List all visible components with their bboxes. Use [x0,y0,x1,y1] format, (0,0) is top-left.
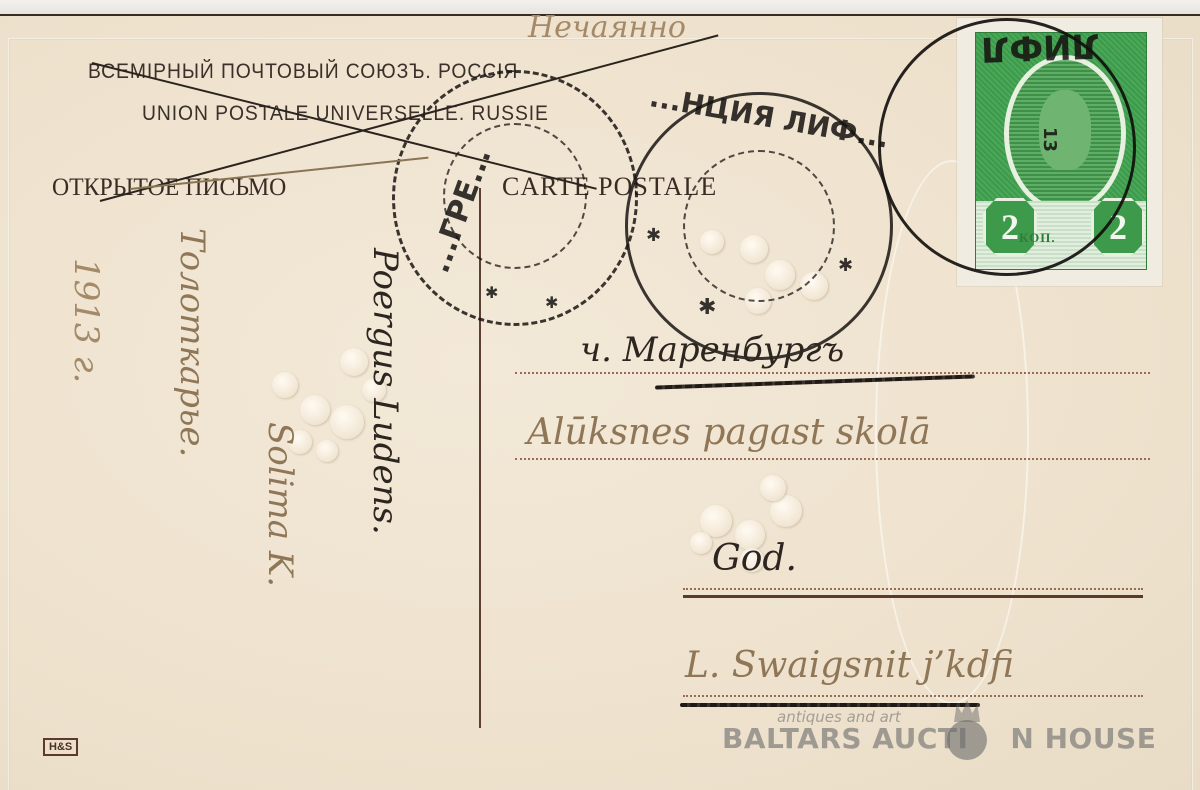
address-line-2 [515,458,1150,460]
star-icon: ✱ [838,255,853,276]
star-icon: ✱ [646,225,661,246]
title-russian: ОТКРЫТОЕ ПИСЬМО [52,174,286,202]
postmark-stamp-left: ...ГРЕ... ✱ ✱ [392,70,638,326]
handwritten-address-line-4: L. Swaigsnit j’kdfi [685,645,1014,686]
watermark-name-right: N HOUSE [1010,722,1156,755]
star-icon: ✱ [545,293,558,312]
handwritten-year: 1913 г. [66,258,106,383]
publisher-mark: H&S [43,738,78,756]
address-line-4 [683,695,1143,697]
star-icon: ✱ [485,283,498,302]
watermark-name: BALTARS AUCTIN HOUSE [722,722,1156,755]
handwritten-sender-place: Толоткарье. [172,228,212,457]
handwritten-greeting: Poergus Ludens. [365,248,405,535]
handwritten-address-line-2: Alūksnes pagast skolā [527,412,931,453]
handwritten-top-note: Нечаянно [528,10,686,45]
postmark-text: ЛИФЛ [980,25,1100,69]
address-line-1 [515,372,1150,374]
header-russian: ВСЕМIРНЫЙ ПОЧТОВЫЙ СОЮЗЪ. РОССIЯ [88,60,518,84]
watermark-name-left: BALTARS AUCTI [722,722,968,755]
handwritten-underline [680,703,980,707]
handwritten-address-line-1: ч. Маренбургъ [580,330,844,370]
postmark-date: 13 [1039,127,1060,152]
star-icon: ✱ [698,295,716,320]
postmark-stamp-center: ...НЦИЯ ЛИФ... ✱ ✱ ✱ [625,92,893,360]
postmark-stamp-right: ЛИФЛ 13 [878,18,1136,276]
handwritten-address-line-3: God. [712,538,797,579]
address-solid-line [683,595,1143,598]
handwritten-sender-name: Solima K. [260,422,300,587]
address-line-3 [683,588,1143,590]
